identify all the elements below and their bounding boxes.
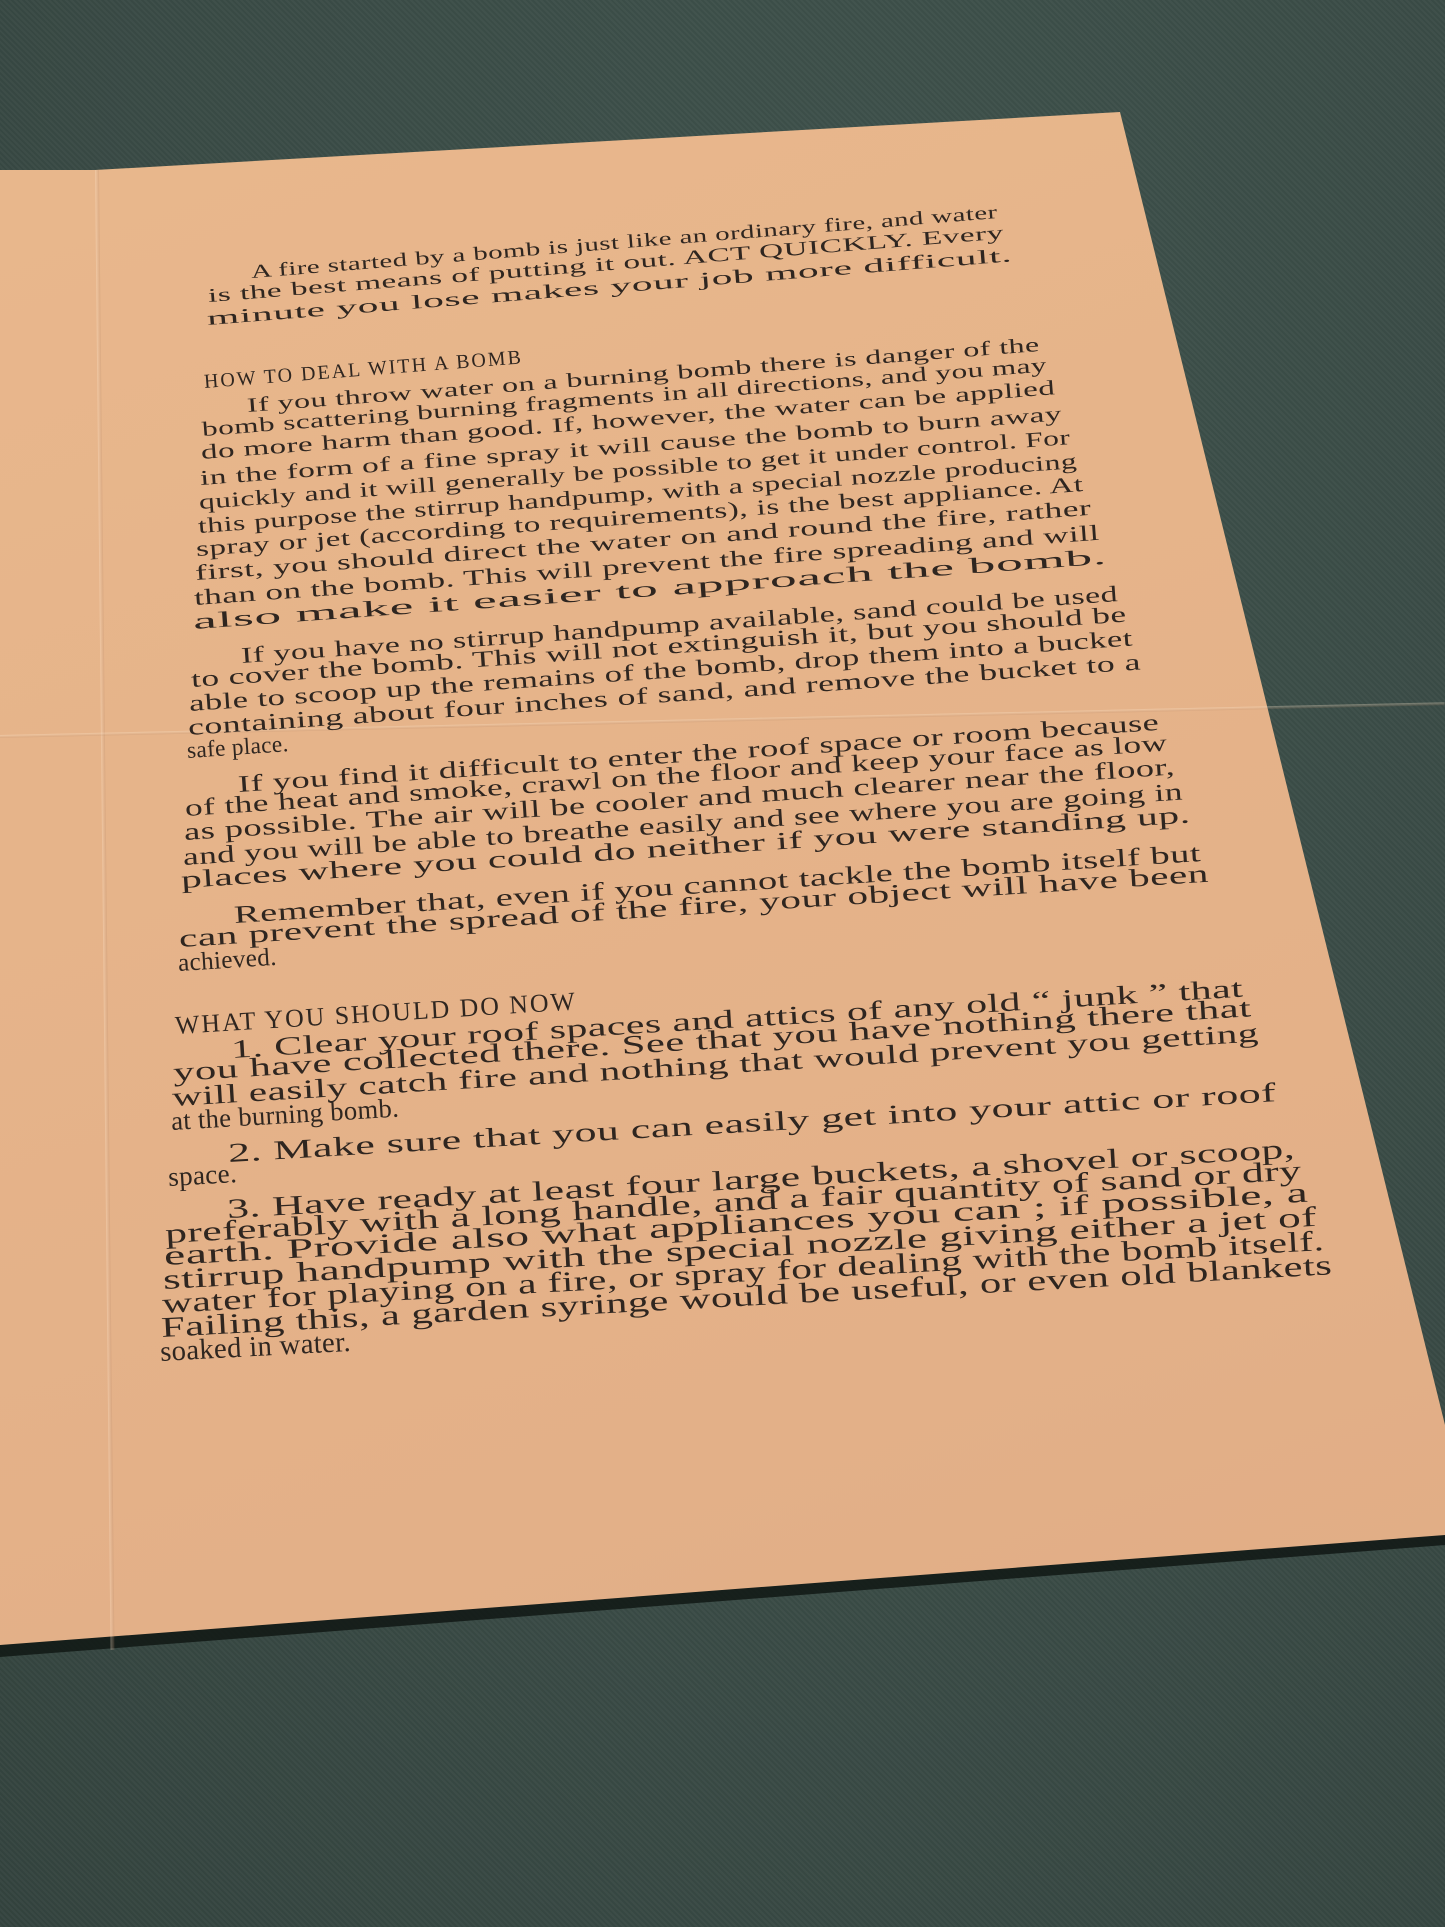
text-line: space. (167, 1158, 238, 1193)
